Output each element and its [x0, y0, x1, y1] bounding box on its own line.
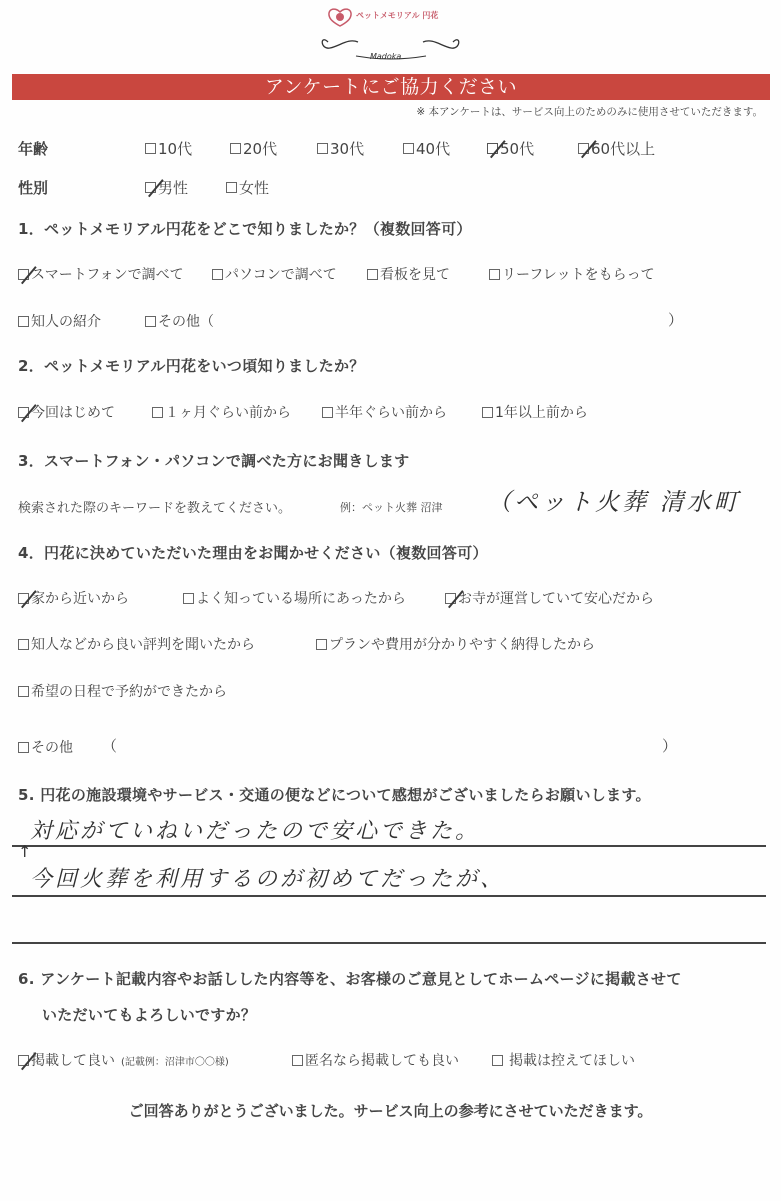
- gender-option-male[interactable]: 男性: [145, 177, 188, 198]
- q6-option-do-not-publish[interactable]: 掲載は控えてほしい: [492, 1050, 635, 1070]
- q1-option-other[interactable]: その他（: [145, 311, 214, 331]
- checkbox-checked[interactable]: [445, 593, 456, 604]
- q3-handwritten-answer[interactable]: （ペット火葬 清水町: [487, 482, 741, 517]
- checkbox[interactable]: [230, 143, 241, 154]
- q4-option-other[interactable]: その他: [18, 737, 73, 757]
- logo: ペットメモリアル 円花 Madoka: [318, 4, 463, 66]
- checkbox[interactable]: [18, 742, 29, 753]
- checkbox[interactable]: [489, 269, 500, 280]
- checkbox[interactable]: [317, 143, 328, 154]
- checkbox[interactable]: [367, 269, 378, 280]
- age-option-10s[interactable]: 10代: [145, 138, 192, 159]
- question-6-title-line-2: いただいてもよろしいですか？: [42, 1004, 256, 1025]
- q6-option-ok-to-publish[interactable]: 掲載して良い(記載例：沼津市〇〇様): [18, 1050, 229, 1070]
- q4-other-close-paren: ）: [662, 735, 677, 756]
- checkbox[interactable]: [322, 407, 333, 418]
- checkbox[interactable]: [492, 1055, 503, 1066]
- q6-option-anonymous[interactable]: 匿名なら掲載しても良い: [292, 1050, 459, 1070]
- q2-option-1-month[interactable]: １ヶ月ぐらい前から: [152, 402, 291, 422]
- question-4-title: 4．円花に決めていただいた理由をお聞かせください（複数回答可）: [18, 542, 488, 563]
- question-2-title: 2．ペットメモリアル円花をいつ頃知りましたか？: [18, 355, 365, 376]
- q4-option-near-home[interactable]: 家から近いから: [18, 588, 129, 608]
- q1-other-close-paren: ）: [668, 309, 683, 330]
- checkbox[interactable]: [152, 407, 163, 418]
- age-option-30s[interactable]: 30代: [317, 138, 364, 159]
- age-option-60s-plus[interactable]: 60代以上: [578, 138, 655, 159]
- q1-option-smartphone[interactable]: スマートフォンで調べて: [18, 264, 184, 284]
- checkbox[interactable]: [18, 316, 29, 327]
- answer-rule-3: [12, 942, 766, 944]
- gender-option-female[interactable]: 女性: [226, 177, 269, 198]
- closing-message: ご回答ありがとうございました。サービス向上の参考にさせていただきます。: [0, 1100, 781, 1121]
- q5-answer-line-2[interactable]: 今回火葬を利用するのが初めてだったが、: [30, 862, 505, 893]
- age-label: 年齢: [18, 138, 48, 159]
- q4-option-preferred-schedule[interactable]: 希望の日程で予約ができたから: [18, 681, 227, 701]
- arrow-up-icon: ↑: [18, 842, 31, 861]
- q2-option-half-year[interactable]: 半年ぐらい前から: [322, 402, 447, 422]
- checkbox[interactable]: [226, 182, 237, 193]
- q4-other-open-paren: （: [102, 735, 117, 756]
- q4-option-good-reputation[interactable]: 知人などから良い評判を聞いたから: [18, 634, 255, 654]
- logo-text: ペットメモリアル 円花: [356, 10, 438, 21]
- checkbox[interactable]: [183, 593, 194, 604]
- q4-option-temple-run[interactable]: お寺が運営していて安心だから: [445, 588, 654, 608]
- question-5-title: 5. 円花の施設環境やサービス・交通の便などについて感想がございましたらお願いし…: [18, 784, 651, 805]
- q1-option-pc[interactable]: パソコンで調べて: [212, 264, 337, 284]
- answer-rule-2: [12, 895, 766, 897]
- question-3-title: 3．スマートフォン・パソコンで調べた方にお聞きします: [18, 450, 409, 471]
- logo-subtitle: Madoka: [370, 52, 401, 61]
- checkbox[interactable]: [145, 143, 156, 154]
- checkbox[interactable]: [212, 269, 223, 280]
- title-banner: アンケートにご協力ください: [12, 74, 770, 100]
- q5-answer-line-1[interactable]: 対応がていねいだったので安心できた。: [30, 814, 480, 845]
- checkbox[interactable]: [18, 686, 29, 697]
- checkbox[interactable]: [482, 407, 493, 418]
- q2-option-1-year-plus[interactable]: 1年以上前から: [482, 402, 588, 422]
- q3-example: 例：ペット火葬 沼津: [340, 499, 443, 515]
- checkbox-checked[interactable]: [18, 407, 29, 418]
- checkbox[interactable]: [18, 639, 29, 650]
- question-6-title-line-1: 6. アンケート記載内容やお話しした内容等を、お客様のご意見としてホームページに…: [18, 968, 682, 989]
- age-option-40s[interactable]: 40代: [403, 138, 450, 159]
- checkbox-checked[interactable]: [18, 1055, 29, 1066]
- q1-option-signboard[interactable]: 看板を見て: [367, 264, 450, 284]
- q1-option-referral[interactable]: 知人の紹介: [18, 311, 101, 331]
- checkbox[interactable]: [145, 316, 156, 327]
- age-option-20s[interactable]: 20代: [230, 138, 277, 159]
- checkbox-struck[interactable]: [487, 143, 498, 154]
- age-option-50s[interactable]: 50代: [487, 138, 534, 159]
- q2-option-first-time[interactable]: 今回はじめて: [18, 402, 115, 422]
- answer-rule-1: [12, 845, 766, 847]
- survey-title: アンケートにご協力ください: [12, 74, 770, 100]
- checkbox[interactable]: [316, 639, 327, 650]
- checkbox[interactable]: [403, 143, 414, 154]
- gender-label: 性別: [18, 177, 48, 198]
- question-1-title: 1．ペットメモリアル円花をどこで知りましたか？（複数回答可）: [18, 218, 472, 239]
- q6-example-note: (記載例：沼津市〇〇様): [121, 1053, 229, 1068]
- checkbox-checked[interactable]: [18, 269, 29, 280]
- q1-option-leaflet[interactable]: リーフレットをもらって: [489, 264, 655, 284]
- checkbox[interactable]: [292, 1055, 303, 1066]
- q4-option-known-place[interactable]: よく知っている場所にあったから: [183, 588, 406, 608]
- checkbox-checked[interactable]: [578, 143, 589, 154]
- checkbox-checked[interactable]: [18, 593, 29, 604]
- checkbox-checked[interactable]: [145, 182, 156, 193]
- usage-note: ※ 本アンケートは、サービス向上のためのみに使用させていただきます。: [416, 104, 763, 119]
- q4-option-clear-pricing[interactable]: プランや費用が分かりやすく納得したから: [316, 634, 595, 654]
- q3-prompt: 検索された際のキーワードを教えてください。: [18, 497, 291, 516]
